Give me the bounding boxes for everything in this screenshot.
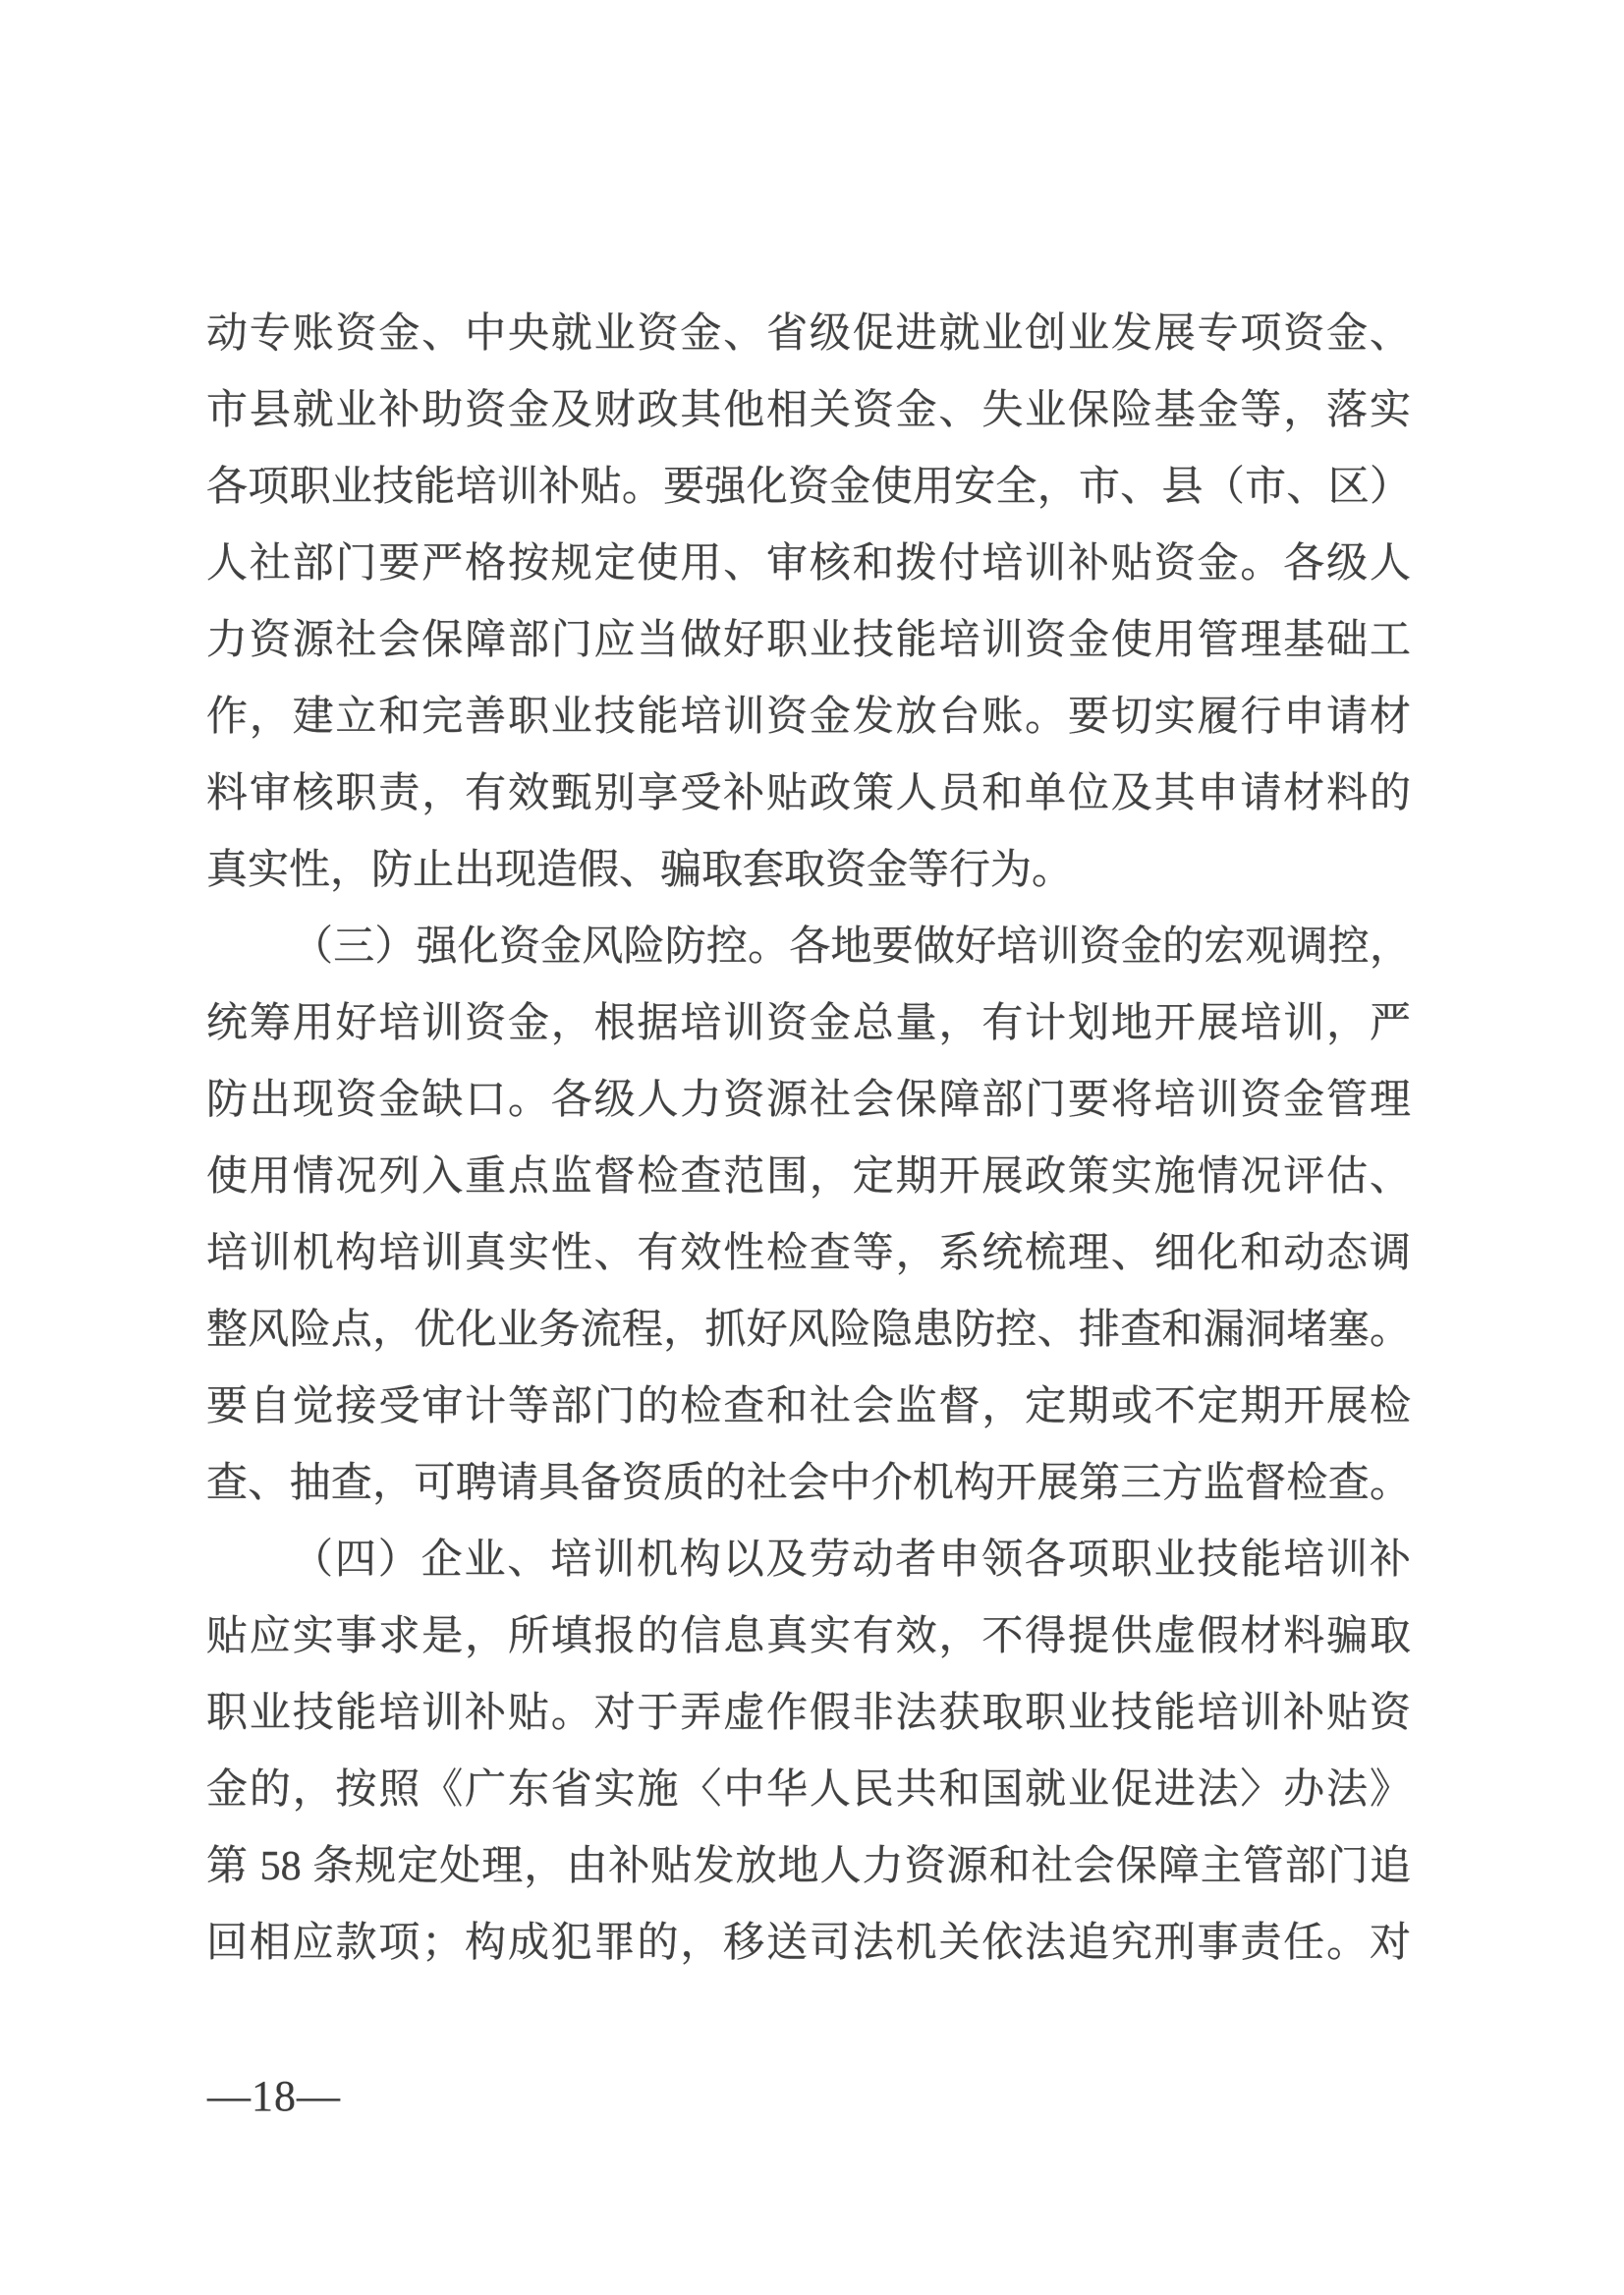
text-line: 力资源社会保障部门应当做好职业技能培训资金使用管理基础工 xyxy=(206,602,1411,679)
text-line: （三）强化资金风险防控。各地要做好培训资金的宏观调控， xyxy=(206,909,1411,985)
text-line: 贴应实事求是，所填报的信息真实有效，不得提供虚假材料骗取 xyxy=(206,1598,1411,1675)
text-line: 整风险点，优化业务流程，抓好风险隐患防控、排查和漏洞堵塞。 xyxy=(206,1292,1411,1369)
text-line: 职业技能培训补贴。对于弄虚作假非法获取职业技能培训补贴资 xyxy=(206,1675,1411,1752)
text-line: 回相应款项；构成犯罪的，移送司法机关依法追究刑事责任。对 xyxy=(206,1905,1411,1982)
text-line: 各项职业技能培训补贴。要强化资金使用安全，市、县（市、区） xyxy=(206,449,1411,526)
text-line: 市县就业补助资金及财政其他相关资金、失业保险基金等，落实 xyxy=(206,372,1411,449)
text-line: 金的，按照《广东省实施〈中华人民共和国就业促进法〉办法》 xyxy=(206,1752,1411,1828)
text-line: 查、抽查，可聘请具备资质的社会中介机构开展第三方监督检查。 xyxy=(206,1445,1411,1522)
document-page: 动专账资金、中央就业资金、省级促进就业创业发展专项资金、市县就业补助资金及财政其… xyxy=(0,0,1624,2295)
text-line: 防出现资金缺口。各级人力资源社会保障部门要将培训资金管理 xyxy=(206,1062,1411,1139)
document-body: 动专账资金、中央就业资金、省级促进就业创业发展专项资金、市县就业补助资金及财政其… xyxy=(206,296,1411,1982)
text-line: 人社部门要严格按规定使用、审核和拨付培训补贴资金。各级人 xyxy=(206,526,1411,602)
text-line: 料审核职责，有效甄别享受补贴政策人员和单位及其申请材料的 xyxy=(206,756,1411,832)
text-line: 使用情况列入重点监督检查范围，定期开展政策实施情况评估、 xyxy=(206,1139,1411,1215)
text-line: 第 58 条规定处理，由补贴发放地人力资源和社会保障主管部门追 xyxy=(206,1828,1411,1905)
text-line: （四）企业、培训机构以及劳动者申领各项职业技能培训补 xyxy=(206,1522,1411,1598)
page-number: —18— xyxy=(207,2071,341,2122)
text-line: 统筹用好培训资金，根据培训资金总量，有计划地开展培训，严 xyxy=(206,985,1411,1062)
text-line: 真实性，防止出现造假、骗取套取资金等行为。 xyxy=(206,832,1411,909)
text-line: 动专账资金、中央就业资金、省级促进就业创业发展专项资金、 xyxy=(206,296,1411,372)
text-line: 作，建立和完善职业技能培训资金发放台账。要切实履行申请材 xyxy=(206,679,1411,756)
text-line: 培训机构培训真实性、有效性检查等，系统梳理、细化和动态调 xyxy=(206,1215,1411,1292)
text-line: 要自觉接受审计等部门的检查和社会监督，定期或不定期开展检 xyxy=(206,1369,1411,1445)
